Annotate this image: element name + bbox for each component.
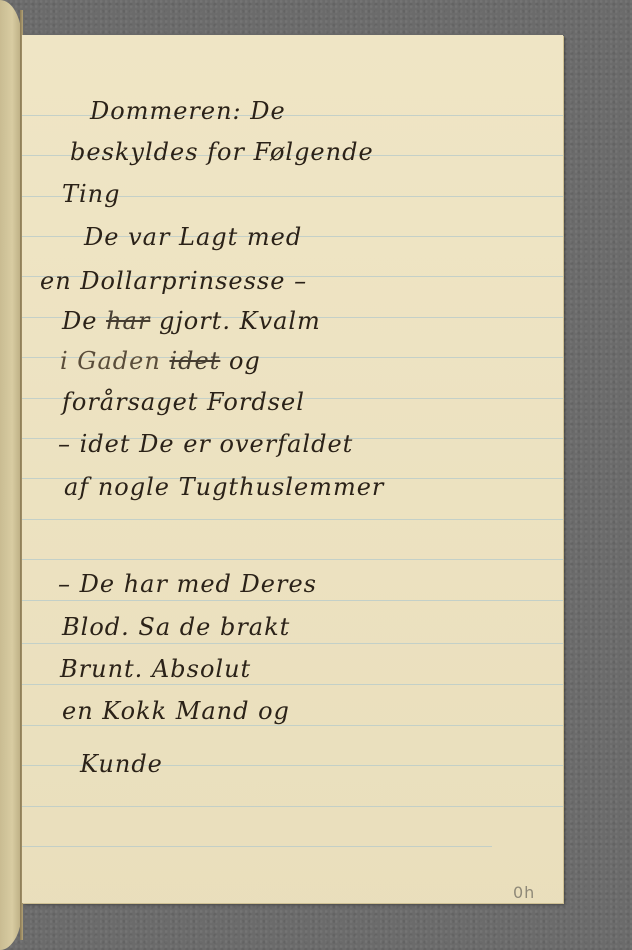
manuscript-line-2: beskyldes for Følgende bbox=[70, 138, 374, 166]
manuscript-line-9: – idet De er overfaldet bbox=[58, 430, 353, 458]
ruled-line bbox=[22, 725, 563, 726]
struck-word: har bbox=[106, 307, 150, 335]
line-text: i Gaden bbox=[60, 347, 169, 375]
line-text: gjort. Kvalm bbox=[150, 307, 321, 335]
manuscript-line-14: en Kokk Mand og bbox=[62, 697, 290, 725]
line-text: De bbox=[62, 307, 106, 335]
ruled-line bbox=[22, 806, 563, 807]
previous-page-edge bbox=[0, 0, 22, 950]
ruled-line bbox=[22, 684, 563, 685]
manuscript-line-15: Kunde bbox=[80, 750, 163, 778]
manuscript-line-10: af nogle Tugthuslemmer bbox=[64, 473, 384, 501]
line-text: og bbox=[220, 347, 260, 375]
struck-word: idet bbox=[169, 347, 220, 375]
manuscript-line-3: Ting bbox=[62, 180, 121, 208]
notebook-page: Dommeren: De beskyldes for Følgende Ting… bbox=[22, 35, 563, 903]
manuscript-line-12: Blod. Sa de brakt bbox=[62, 613, 290, 641]
ruled-line bbox=[22, 600, 563, 601]
manuscript-line-4: De var Lagt med bbox=[84, 223, 302, 251]
page-number: 0h bbox=[513, 883, 535, 902]
manuscript-line-11: – De har med Deres bbox=[58, 570, 317, 598]
ruled-line bbox=[22, 519, 563, 520]
ruled-line bbox=[22, 559, 563, 560]
ruled-line bbox=[22, 643, 563, 644]
manuscript-line-5: en Dollarprinsesse – bbox=[40, 267, 307, 295]
manuscript-line-8: forårsaget Fordsel bbox=[62, 388, 305, 416]
ruled-line bbox=[22, 846, 492, 847]
manuscript-line-1: Dommeren: De bbox=[90, 97, 286, 125]
manuscript-line-6: De har gjort. Kvalm bbox=[62, 307, 321, 335]
manuscript-line-7: i Gaden idet og bbox=[60, 347, 261, 375]
manuscript-line-13: Brunt. Absolut bbox=[60, 655, 251, 683]
